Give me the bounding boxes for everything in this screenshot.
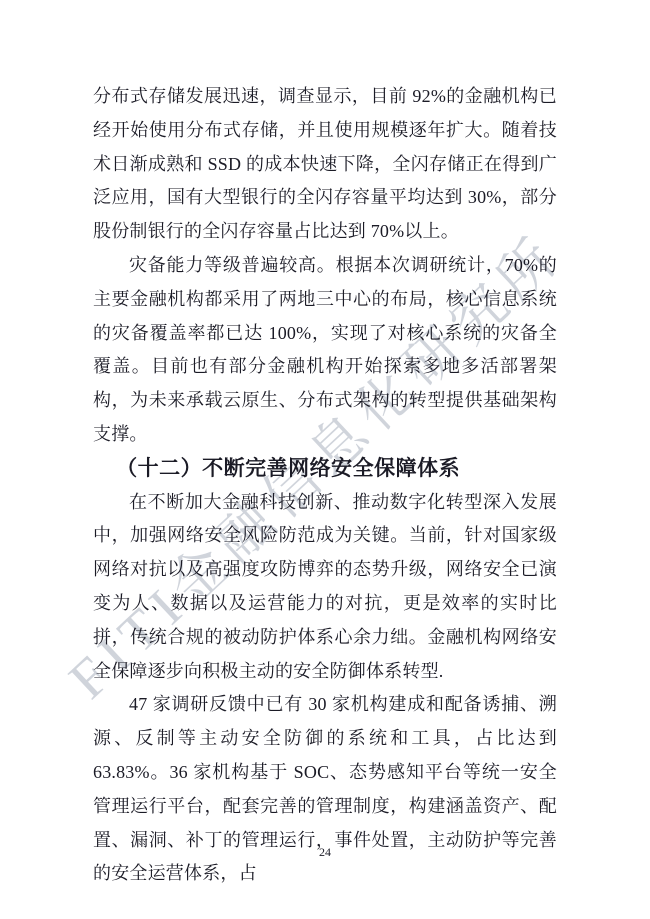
paragraph-network-security: 在不断加大金融科技创新、推动数字化转型深入发展中，加强网络安全风险防范成为关键。… bbox=[93, 486, 557, 689]
page-number: 24 bbox=[0, 845, 650, 860]
paragraph-security-tools: 47 家调研反馈中已有 30 家机构建成和配备诱捕、溯源、反制等主动安全防御的系… bbox=[93, 688, 557, 891]
paragraph-disaster-recovery: 灾备能力等级普遍较高。根据本次调研统计，70%的主要金融机构都采用了两地三中心的… bbox=[93, 249, 557, 452]
section-heading-12: （十二）不断完善网络安全保障体系 bbox=[93, 452, 557, 486]
page-content: 分布式存储发展迅速，调查显示，目前 92%的金融机构已经开始使用分布式存储，并且… bbox=[93, 80, 557, 891]
document-page: FITI金融信息化研究所 分布式存储发展迅速，调查显示，目前 92%的金融机构已… bbox=[0, 0, 650, 919]
paragraph-distributed-storage: 分布式存储发展迅速，调查显示，目前 92%的金融机构已经开始使用分布式存储，并且… bbox=[93, 80, 557, 249]
